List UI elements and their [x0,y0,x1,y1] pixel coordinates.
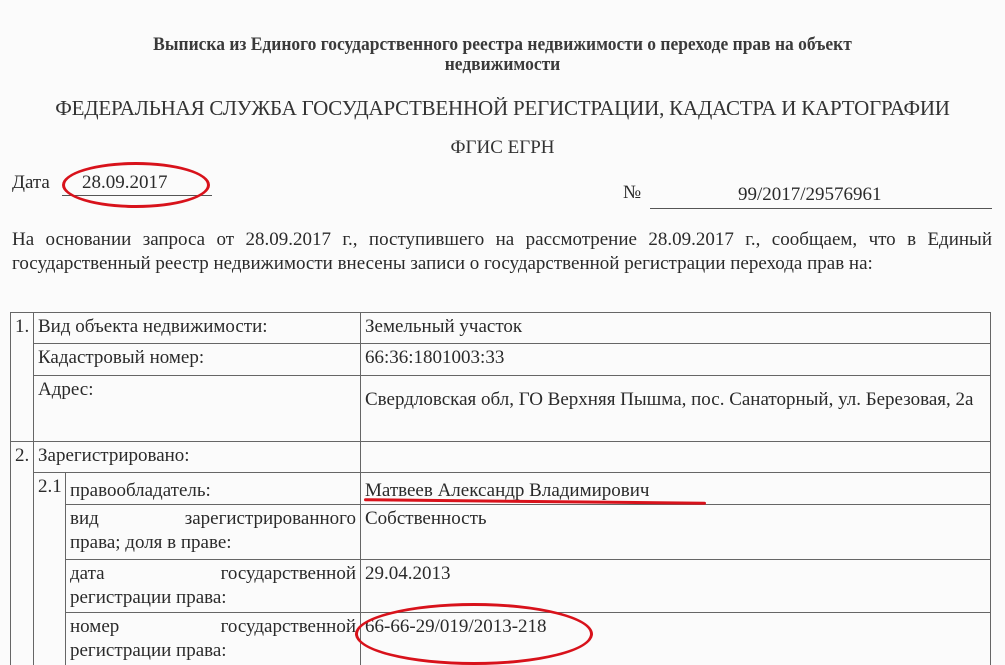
section1-number: 1. [10,312,33,441]
row-object-type-label: Вид объекта недвижимости: [33,312,360,343]
table-right-border [990,312,991,665]
reg-number-highlight-ellipse [355,603,593,665]
row-right-type-value: Собственность [360,504,990,559]
row-holder-label: правообладатель: [65,472,360,504]
row-object-type-value: Земельный участок [360,312,990,343]
section2-number: 2. [10,441,33,665]
row-address-value: Свердловская обл, ГО Верхняя Пышма, пос.… [360,375,990,441]
row-right-type-label-line1: вид зарегистрированного [70,507,356,531]
date-highlight-ellipse [62,162,210,208]
number-label: № [623,182,641,204]
row-right-type-label: вид зарегистрированного права; доля в пр… [65,504,360,559]
document-title-line2: недвижимости [40,53,965,77]
row-registered-value [360,441,990,472]
number-underline [650,208,992,209]
row-reg-date-label-line1: дата государственной [70,562,356,586]
row-reg-date-label: дата государственной регистрации права: [65,559,360,612]
date-label: Дата [12,172,50,194]
row-cadastral-label: Кадастровый номер: [33,343,360,375]
row-address-label: Адрес: [33,375,360,441]
row-reg-number-label: номер государственной регистрации права: [65,612,360,665]
agency-name: ФЕДЕРАЛЬНАЯ СЛУЖБА ГОСУДАРСТВЕННОЙ РЕГИС… [0,96,1005,121]
intro-paragraph: На основании запроса от 28.09.2017 г., п… [12,228,992,276]
row-right-type-label-line2: права; доля в праве: [70,531,356,555]
row-reg-number-label-line1: номер государственной [70,615,356,639]
row-reg-number-label-line2: регистрации права: [70,639,356,663]
system-name: ФГИС ЕГРН [0,137,1005,159]
subsection-number: 2.1 [33,472,65,665]
row-reg-date-label-line2: регистрации права: [70,586,356,610]
row-registered-label: Зарегистрировано: [33,441,360,472]
row-cadastral-value: 66:36:1801003:33 [360,343,990,375]
number-value: 99/2017/29576961 [738,184,882,206]
